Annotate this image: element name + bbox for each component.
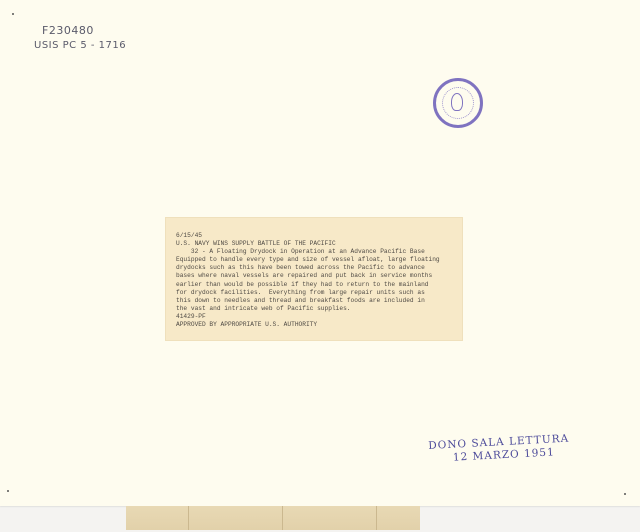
caption-body-line: Equipped to handle every type and size o… [176, 256, 440, 263]
caption-body-line: this down to needles and thread and brea… [176, 297, 425, 304]
strip-fold [282, 506, 283, 530]
round-library-stamp-icon [433, 78, 483, 128]
paper-speck [7, 490, 9, 492]
caption-date: 6/15/45 [176, 232, 202, 239]
caption-code: 41429-PF [176, 313, 206, 320]
handwritten-catalog-number: F230480 [42, 24, 94, 37]
caption-body-line: 32 - A Floating Drydock in Operation at … [176, 248, 425, 255]
caption-approval: APPROVED BY APPROPRIATE U.S. AUTHORITY [176, 321, 317, 328]
paper-speck [12, 13, 14, 15]
caption-body-line: earlier than would be possible if they h… [176, 281, 429, 288]
caption-card: 6/15/45 U.S. NAVY WINS SUPPLY BATTLE OF … [166, 218, 462, 340]
caption-body-line: drydocks such as this have been towed ac… [176, 264, 425, 271]
caption-body-line: the vast and intricate web of Pacific su… [176, 305, 351, 312]
strip-fold [188, 506, 189, 530]
donation-stamp: DONO SALA LETTURA 12 MARZO 1951 [428, 433, 570, 465]
caption-body-line: bases where naval vessels are repaired a… [176, 272, 432, 279]
caption-headline: U.S. NAVY WINS SUPPLY BATTLE OF THE PACI… [176, 240, 336, 247]
paper-speck [624, 493, 626, 495]
photo-backing-sheet: F230480 USIS PC 5 - 1716 6/15/45 U.S. NA… [0, 0, 640, 506]
caption-body-line: for drydock facilities. Everything from … [176, 289, 425, 296]
photo-edge-strip [126, 506, 420, 530]
stamp-emblem-icon [451, 93, 463, 111]
caption-text: 6/15/45 U.S. NAVY WINS SUPPLY BATTLE OF … [176, 232, 456, 329]
strip-fold [376, 506, 377, 530]
handwritten-archive-code: USIS PC 5 - 1716 [34, 40, 126, 51]
